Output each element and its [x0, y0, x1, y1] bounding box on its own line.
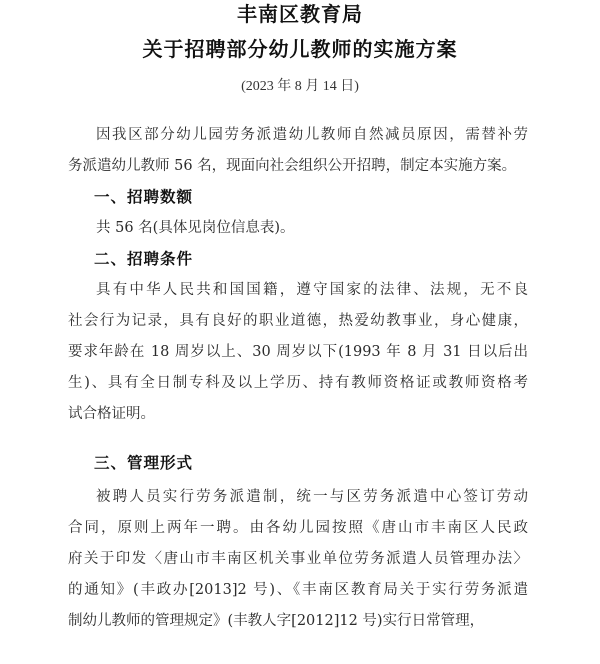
section-2-line-2: 社会行为记录，具有良好的职业道德，热爱幼教事业，身心健康，	[68, 310, 528, 332]
section-1-line-1: 共 56 名(具体见岗位信息表)。	[96, 217, 528, 239]
section-heading-recruitment-conditions: 二、招聘条件	[94, 248, 193, 270]
section-2-line-5: 试合格证明。	[68, 403, 528, 425]
section-2-line-3: 要求年龄在 18 周岁以上、30 周岁以下(1993 年 8 月 31 日以后出	[68, 341, 528, 363]
section-heading-recruitment-quota: 一、招聘数额	[94, 186, 193, 208]
document-page: 丰南区教育局 关于招聘部分幼儿教师的实施方案 (2023 年 8 月 14 日)…	[0, 0, 600, 664]
section-2-line-4: 生)、具有全日制专科及以上学历、持有教师资格证或教师资格考	[68, 372, 528, 394]
section-3-line-2: 合同，原则上两年一聘。由各幼儿园按照《唐山市丰南区人民政	[68, 517, 528, 539]
section-2-line-1: 具有中华人民共和国国籍，遵守国家的法律、法规，无不良	[96, 279, 528, 301]
section-heading-management-form: 三、管理形式	[94, 452, 193, 474]
section-3-line-4: 的通知》(丰政办[2013]2 号)、《丰南区教育局关于实行劳务派遣	[68, 579, 528, 601]
section-3-line-3: 府关于印发〈唐山市丰南区机关事业单位劳务派遣人员管理办法〉	[68, 548, 528, 570]
issuer-title: 丰南区教育局	[0, 0, 600, 28]
section-3-line-1: 被聘人员实行劳务派遣制，统一与区劳务派遣中心签订劳动	[96, 486, 528, 508]
document-title: 关于招聘部分幼儿教师的实施方案	[0, 35, 600, 63]
intro-line-2: 务派遣幼儿教师 56 名，现面向社会组织公开招聘，制定本实施方案。	[68, 155, 528, 177]
section-3-line-5: 制幼儿教师的管理规定》(丰教人字[2012]12 号)实行日常管理，	[68, 610, 528, 632]
document-date: (2023 年 8 月 14 日)	[0, 76, 600, 98]
intro-line-1: 因我区部分幼儿园劳务派遣幼儿教师自然减员原因，需替补劳	[96, 124, 528, 146]
